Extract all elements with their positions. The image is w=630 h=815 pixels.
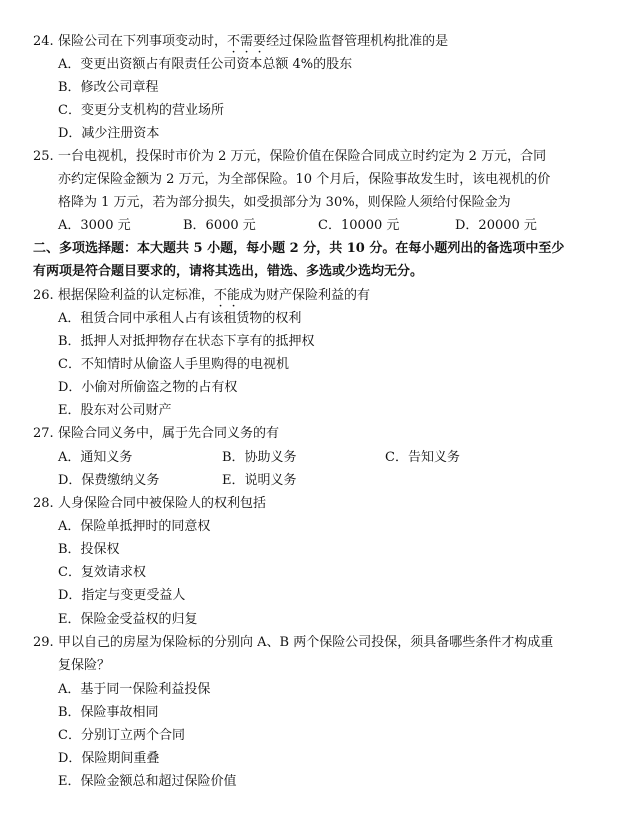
exam-page: 24.保险公司在下列事项变动时，不需要经过保险监督管理机构批准的是 A．变更出资… [0, 0, 630, 815]
option-25b: B．6000 元 [183, 217, 256, 235]
emphasis-char: 不 [214, 288, 227, 303]
option-27d: D．保费缴纳义务 [58, 472, 159, 490]
option-26c: C．不知情时从偷盗人手里购得的电视机 [58, 356, 289, 374]
option-25c: C．10000 元 [318, 217, 399, 235]
option-24a: A．变更出资额占有限责任公司资本总额 4%的股东 [58, 56, 352, 74]
question-number: 28. [33, 495, 58, 513]
option-26b: B．抵押人对抵押物存在状态下享有的抵押权 [58, 333, 315, 351]
emphasis-char: 能 [227, 288, 240, 303]
question-25-stem-line3: 格降为 1 万元，若为部分损失，如受损部分为 30%，则保险人须给付保险金为 [58, 194, 511, 212]
question-number: 24. [33, 33, 58, 51]
option-29d: D．保险期间重叠 [58, 750, 159, 768]
option-24c: C．变更分支机构的营业场所 [58, 102, 224, 120]
option-29a: A．基于同一保险利益投保 [58, 681, 210, 699]
question-number: 27. [33, 425, 58, 443]
option-27e: E．说明义务 [222, 472, 297, 490]
option-28d: D．指定与变更受益人 [58, 587, 185, 605]
section-2-heading: 二、多项选择题：本大题共 5 小题，每小题 2 分，共 10 分。在每小题列出的… [33, 240, 564, 258]
option-29c: C．分别订立两个合同 [58, 727, 185, 745]
option-24b: B．修改公司章程 [58, 79, 159, 97]
option-28e: E．保险金受益权的归复 [58, 611, 198, 629]
option-26a: A．租赁合同中承租人占有该租赁物的权利 [58, 310, 301, 328]
emphasis-char: 不 [227, 34, 240, 49]
option-28b: B．投保权 [58, 541, 120, 559]
option-29b: B．保险事故相同 [58, 704, 159, 722]
question-28-stem: 28.人身保险合同中被保险人的权利包括 [33, 495, 266, 513]
option-25d: D．20000 元 [455, 217, 537, 235]
question-26-stem: 26.根据保险利益的认定标准，不能成为财产保险利益的有 [33, 287, 370, 305]
question-25-stem-line2: 亦约定保险金额为 2 万元，为全部保险。10 个月后，保险事故发生时，该电视机的… [58, 171, 550, 189]
question-27-stem: 27.保险合同义务中，属于先合同义务的有 [33, 425, 279, 443]
emphasis-char: 需 [240, 34, 253, 49]
question-number: 26. [33, 287, 58, 305]
option-28a: A．保险单抵押时的同意权 [58, 518, 210, 536]
option-26d: D．小偷对所偷盗之物的占有权 [58, 379, 237, 397]
question-24-stem: 24.保险公司在下列事项变动时，不需要经过保险监督管理机构批准的是 [33, 33, 448, 51]
option-24d: D．减少注册资本 [58, 125, 159, 143]
option-28c: C．复效请求权 [58, 564, 146, 582]
option-25a: A．3000 元 [58, 217, 131, 235]
section-2-instructions: 有两项是符合题目要求的，请将其选出，错选、多选或少选均无分。 [33, 263, 423, 281]
option-27b: B．协助义务 [222, 449, 297, 467]
question-25-stem-line1: 25.一台电视机，投保时市价为 2 万元，保险价值在保险合同成立时约定为 2 万… [33, 148, 546, 166]
question-number: 25. [33, 148, 58, 166]
emphasis-char: 要 [253, 34, 266, 49]
option-26e: E．股东对公司财产 [58, 402, 172, 420]
option-27c: C．告知义务 [385, 449, 460, 467]
question-number: 29. [33, 634, 58, 652]
question-29-stem-line2: 复保险？ [58, 657, 110, 675]
option-29e: E．保险金额总和超过保险价值 [58, 773, 237, 791]
question-29-stem-line1: 29.甲以自己的房屋为保险标的分别向 A、B 两个保险公司投保，须具备哪些条件才… [33, 634, 553, 652]
option-27a: A．通知义务 [58, 449, 132, 467]
